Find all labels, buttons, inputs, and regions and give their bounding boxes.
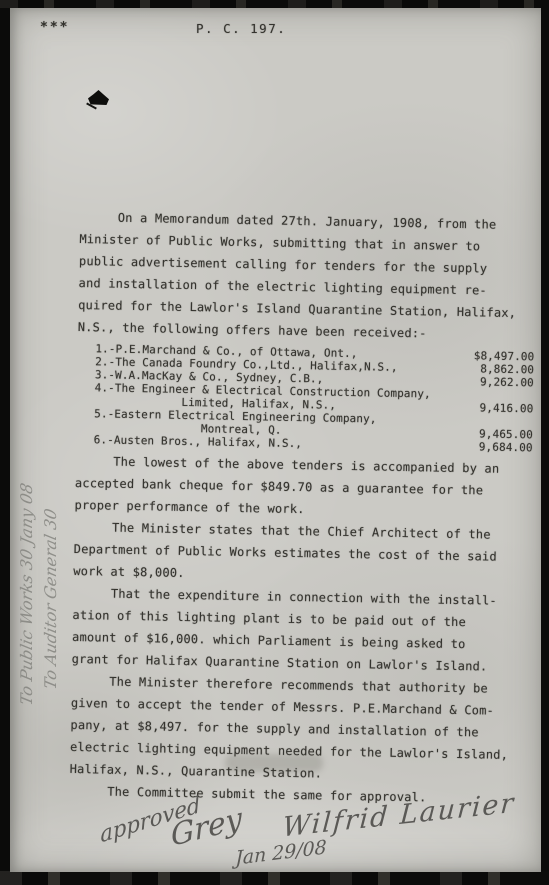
document-page: *** P. C. 197. To Public Works 30 Jany 0… bbox=[10, 8, 541, 872]
tender-amount: 9,262.00 bbox=[480, 375, 534, 389]
paragraph: On a Memorandum dated 27th. January, 190… bbox=[78, 206, 542, 346]
margin-note-line: To Public Works 30 Jany 08 bbox=[15, 282, 39, 707]
scan-edge-top bbox=[0, 0, 549, 8]
ink-blot bbox=[88, 90, 109, 105]
margin-note-line: To Auditor General 30 bbox=[39, 282, 63, 707]
tender-amount: 8,862.00 bbox=[480, 362, 534, 376]
paragraph: That the expenditure in connection with … bbox=[71, 582, 535, 678]
tender-amount: 9,684.00 bbox=[479, 440, 533, 454]
paragraph: The Minister states that the Chief Archi… bbox=[73, 516, 536, 590]
tender-list: 1.-P.E.Marchand & Co., of Ottawa, Ont.,$… bbox=[76, 342, 540, 454]
reference-marks: *** bbox=[40, 20, 69, 35]
tender-amount: $8,497.00 bbox=[474, 349, 535, 363]
document-body: On a Memorandum dated 27th. January, 190… bbox=[69, 206, 542, 810]
paragraph: The lowest of the above tenders is accom… bbox=[74, 450, 537, 524]
tender-amount: 9,416.00 bbox=[479, 401, 533, 415]
scan-edge-bottom bbox=[0, 871, 549, 885]
margin-annotation: To Public Works 30 Jany 08 To Auditor Ge… bbox=[15, 285, 65, 705]
tender-name: 6.-Austen Bros., Halifax, N.S., bbox=[94, 433, 303, 450]
paragraph: The Minister therefore recommends that a… bbox=[69, 670, 533, 788]
tender-amount: 9,465.00 bbox=[479, 427, 533, 441]
document-number: P. C. 197. bbox=[196, 21, 286, 36]
